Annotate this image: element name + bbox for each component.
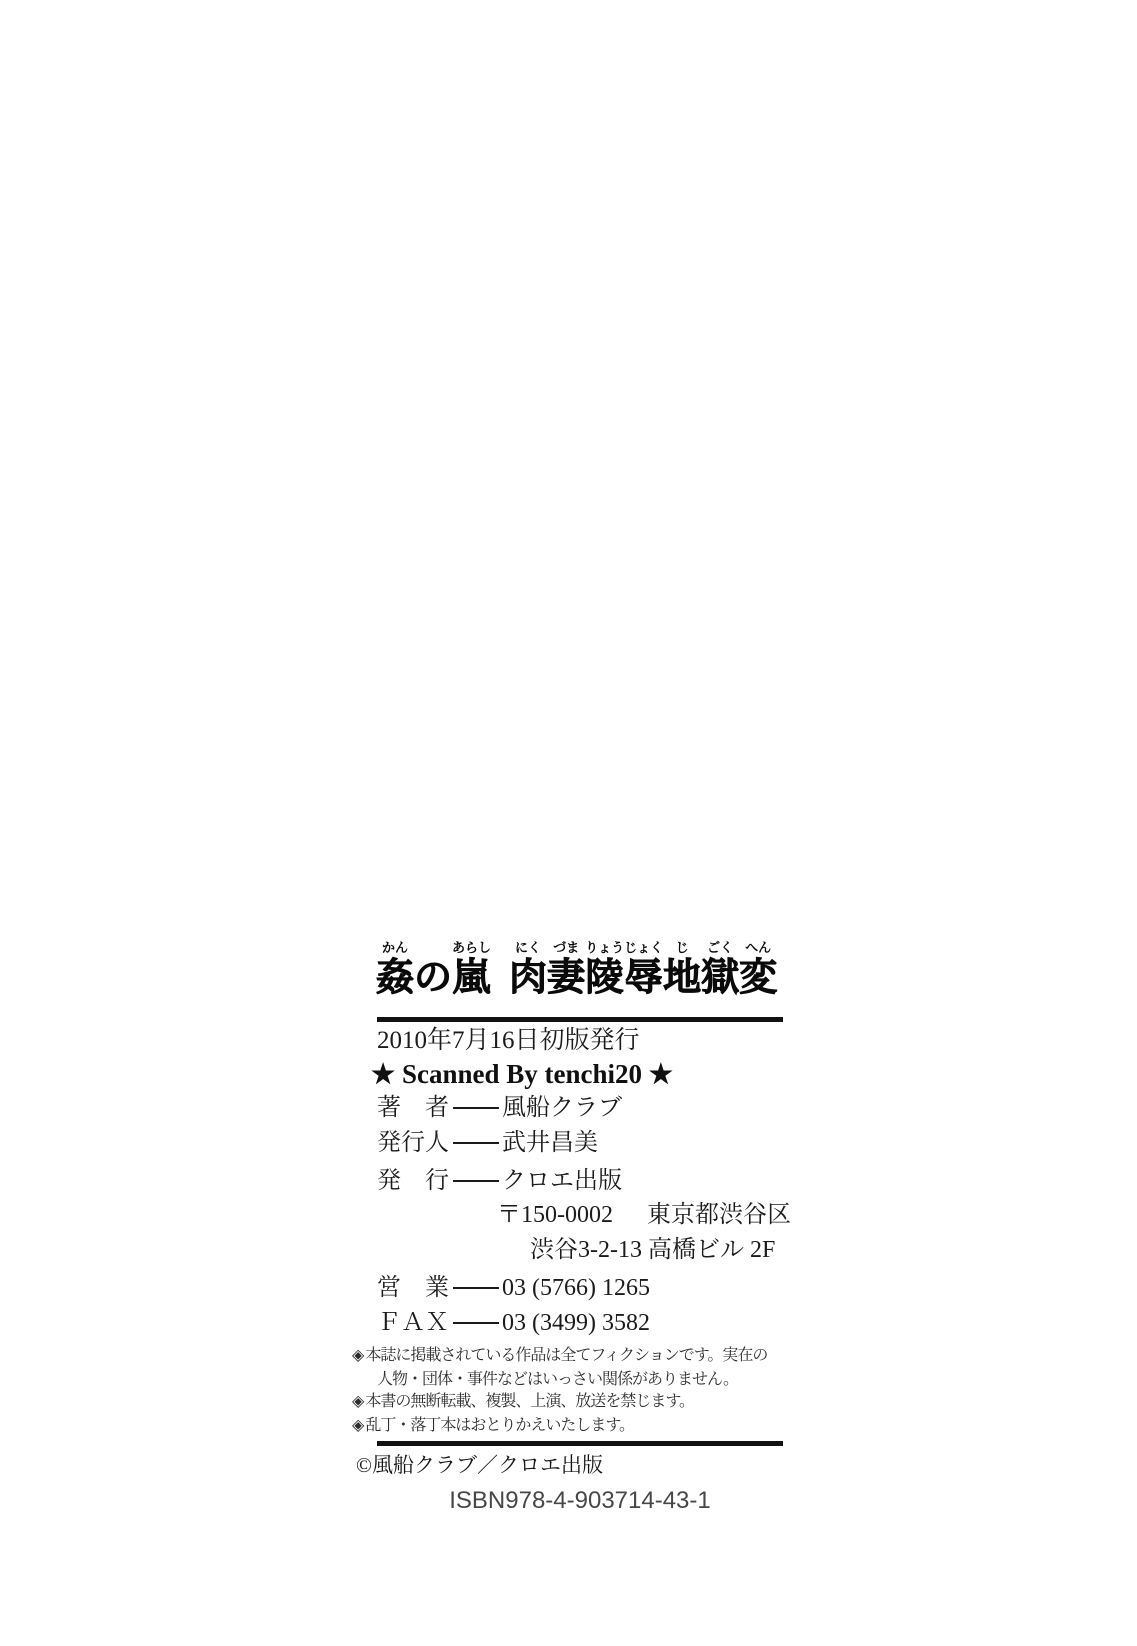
title-char: あらし嵐 bbox=[452, 941, 491, 998]
title-char: りょう陵 bbox=[585, 941, 624, 998]
notice-text: 乱丁・落丁本はおとりかえいたします。 bbox=[365, 1417, 634, 1434]
title-char: へん変 bbox=[739, 941, 777, 998]
row-label: 著 者 bbox=[377, 1094, 450, 1122]
dash-connector bbox=[453, 1142, 499, 1145]
title-char: にく肉 bbox=[509, 941, 547, 998]
title-kanji: 辱 bbox=[624, 957, 663, 998]
dash-connector bbox=[453, 1180, 499, 1183]
notice-text: 本誌に掲載されている作品は全てフィクションです。実在の bbox=[365, 1347, 767, 1364]
publisher-address-line1: 〒150-0002東京都渋谷区 bbox=[497, 1201, 791, 1229]
row-value: クロエ出版 bbox=[502, 1168, 622, 1194]
address-region: 東京都渋谷区 bbox=[647, 1202, 791, 1228]
notice-defective-copy: ◈乱丁・落丁本はおとりかえいたします。 bbox=[352, 1416, 634, 1436]
title-kanji: 陵 bbox=[585, 957, 624, 998]
notice-text: 本書の無断転載、複製、上演、放送を禁じます。 bbox=[365, 1393, 694, 1410]
title-char: じ地 bbox=[663, 941, 701, 998]
colophon-row-issuer: 発行人武井昌美 bbox=[377, 1129, 598, 1157]
title-kanji: 肉 bbox=[509, 957, 547, 998]
title-kanji: 獄 bbox=[701, 957, 739, 998]
publisher-address-line2: 渋谷3-2-13 高橋ビル 2F bbox=[530, 1236, 775, 1264]
scanned-by-credit: ★ Scanned By tenchi20 ★ bbox=[371, 1058, 673, 1090]
colophon-page: かん姦のあらし嵐にく肉づま妻りょう陵じょく辱じ地ごく獄へん変 2010年7月16… bbox=[0, 0, 1137, 1646]
row-label: 発行人 bbox=[377, 1129, 450, 1157]
row-label: 営 業 bbox=[377, 1274, 450, 1302]
copyright-line: ©風船クラブ／クロエ出版 bbox=[356, 1452, 603, 1478]
row-value: 風船クラブ bbox=[502, 1095, 622, 1121]
title-kanji: 嵐 bbox=[452, 957, 491, 998]
divider-rule-top bbox=[377, 1017, 783, 1022]
title-char: じょく辱 bbox=[624, 941, 663, 998]
diamond-bullet-icon: ◈ bbox=[352, 1417, 364, 1434]
diamond-bullet-icon: ◈ bbox=[352, 1347, 364, 1364]
row-value: 03 (5766) 1265 bbox=[502, 1275, 650, 1301]
colophon-row-publisher: 発 行クロエ出版 bbox=[377, 1167, 622, 1195]
title-char: づま妻 bbox=[547, 941, 585, 998]
notice-fiction-disclaimer: ◈本誌に掲載されている作品は全てフィクションです。実在の bbox=[352, 1346, 767, 1366]
colophon-row-author: 著 者風船クラブ bbox=[377, 1094, 622, 1122]
title-kanji: 地 bbox=[663, 957, 701, 998]
row-label: 発 行 bbox=[377, 1167, 450, 1195]
dash-connector bbox=[453, 1107, 499, 1110]
title-char: の bbox=[414, 941, 452, 998]
row-value: 03 (3499) 3582 bbox=[502, 1310, 650, 1336]
row-label: ＦＡＸ bbox=[377, 1309, 450, 1337]
title-kanji: 妻 bbox=[547, 957, 585, 998]
title-char: ごく獄 bbox=[701, 941, 739, 998]
divider-rule-bottom bbox=[377, 1441, 783, 1446]
diamond-bullet-icon: ◈ bbox=[352, 1393, 364, 1410]
notice-text: 人物・団体・事件などはいっさい関係がありません。 bbox=[377, 1371, 738, 1388]
title-kanji: 姦 bbox=[376, 957, 414, 998]
notice-fiction-disclaimer-cont: 人物・団体・事件などはいっさい関係がありません。 bbox=[377, 1370, 738, 1390]
postal-code: 〒150-0002 bbox=[497, 1202, 613, 1228]
colophon-row-fax: ＦＡＸ03 (3499) 3582 bbox=[377, 1309, 650, 1337]
title-kanji: の bbox=[414, 957, 452, 998]
print-date: 2010年7月16日初版発行 bbox=[377, 1027, 640, 1055]
title-kanji: 変 bbox=[739, 957, 777, 998]
title-char: かん姦 bbox=[376, 941, 414, 998]
dash-connector bbox=[453, 1322, 499, 1325]
dash-connector bbox=[453, 1287, 499, 1290]
row-value: 武井昌美 bbox=[502, 1130, 598, 1156]
notice-no-reproduction: ◈本書の無断転載、複製、上演、放送を禁じます。 bbox=[352, 1392, 694, 1412]
isbn-number: ISBN978-4-903714-43-1 bbox=[377, 1487, 783, 1515]
colophon-row-sales-phone: 営 業03 (5766) 1265 bbox=[377, 1274, 650, 1302]
book-title: かん姦のあらし嵐にく肉づま妻りょう陵じょく辱じ地ごく獄へん変 bbox=[376, 941, 777, 998]
